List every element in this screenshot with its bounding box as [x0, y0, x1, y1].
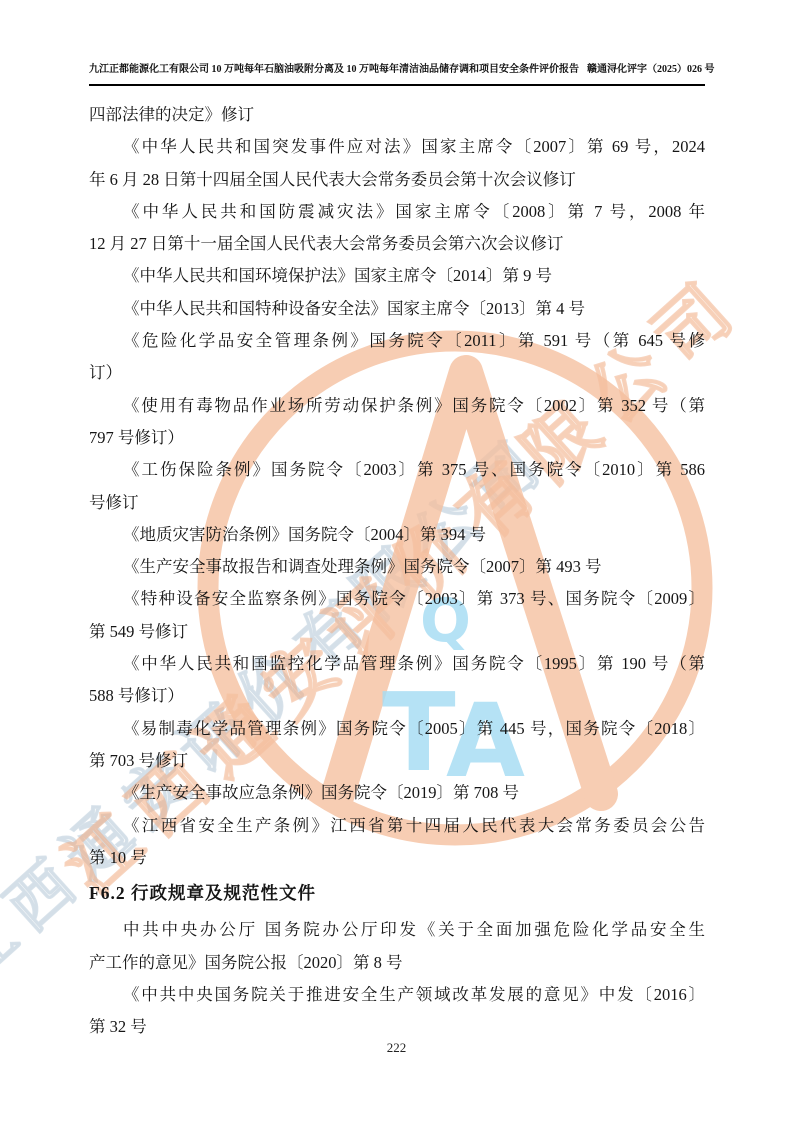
body-line: 《中共中央国务院关于推进安全生产领域改革发展的意见》中发〔2016〕	[89, 979, 705, 1011]
body-line: 797 号修订）	[89, 422, 705, 454]
header-divider	[89, 84, 705, 86]
body-line: 588 号修订）	[89, 680, 705, 712]
page-number: 222	[387, 1040, 407, 1055]
body-line: 产工作的意见》国务院公报〔2020〕第 8 号	[89, 947, 705, 979]
body-line: 《地质灾害防治条例》国务院令〔2004〕第 394 号	[89, 519, 705, 551]
body-line: 第 703 号修订	[89, 745, 705, 777]
body-line: 《特种设备安全监察条例》国务院令〔2003〕第 373 号、国务院令〔2009〕	[89, 583, 705, 615]
body-line: 《中华人民共和国环境保护法》国家主席令〔2014〕第 9 号	[89, 260, 705, 292]
body-line: 《易制毒化学品管理条例》国务院令〔2005〕第 445 号，国务院令〔2018〕	[89, 713, 705, 745]
body-line: 第 10 号	[89, 842, 705, 874]
body-line: 《使用有毒物品作业场所劳动保护条例》国务院令〔2002〕第 352 号（第	[89, 390, 705, 422]
body-line: 第 32 号	[89, 1011, 705, 1043]
body-line: 订）	[89, 357, 705, 389]
section-heading-f62: F6.2 行政规章及规范性文件	[89, 877, 705, 909]
body-line: 四部法律的决定》修订	[89, 99, 705, 131]
body-line: 《危险化学品安全管理条例》国务院令〔2011〕第 591 号（第 645 号修	[89, 325, 705, 357]
laws-list-section: 四部法律的决定》修订《中华人民共和国突发事件应对法》国家主席令〔2007〕第 6…	[89, 99, 705, 874]
body-line: 《中华人民共和国突发事件应对法》国家主席令〔2007〕第 69 号，2024	[89, 131, 705, 163]
body-line: 第 549 号修订	[89, 616, 705, 648]
header-doc-number: 赣通浔化评字（2025）026 号	[587, 60, 715, 75]
page-header: 九江正都能源化工有限公司 10 万吨每年石脑油吸附分离及 10 万吨每年清洁油品…	[89, 60, 705, 75]
body-line: 《中华人民共和国特种设备安全法》国家主席令〔2013〕第 4 号	[89, 293, 705, 325]
document-page: 江西通安评价有限公司 江西通安评价有限公司 Q T A 九江正都能源化工有限公司…	[0, 0, 793, 1122]
document-body: 四部法律的决定》修订《中华人民共和国突发事件应对法》国家主席令〔2007〕第 6…	[89, 99, 705, 1044]
body-line: 《生产安全事故应急条例》国务院令〔2019〕第 708 号	[89, 777, 705, 809]
body-line: 号修订	[89, 487, 705, 519]
body-line: 年 6 月 28 日第十四届全国人民代表大会常务委员会第十次会议修订	[89, 164, 705, 196]
page-footer: 222	[0, 1040, 793, 1056]
body-line: 12 月 27 日第十一届全国人民代表大会常务委员会第六次会议修订	[89, 228, 705, 260]
body-line: 《生产安全事故报告和调查处理条例》国务院令〔2007〕第 493 号	[89, 551, 705, 583]
body-line: 《江西省安全生产条例》江西省第十四届人民代表大会常务委员会公告	[89, 810, 705, 842]
header-report-title: 九江正都能源化工有限公司 10 万吨每年石脑油吸附分离及 10 万吨每年清洁油品…	[89, 60, 579, 75]
body-line: 中共中央办公厅 国务院办公厅印发《关于全面加强危险化学品安全生	[89, 914, 705, 946]
body-line: 《中华人民共和国防震减灾法》国家主席令〔2008〕第 7 号，2008 年	[89, 196, 705, 228]
administrative-rules-section: 中共中央办公厅 国务院办公厅印发《关于全面加强危险化学品安全生产工作的意见》国务…	[89, 914, 705, 1043]
body-line: 《中华人民共和国监控化学品管理条例》国务院令〔1995〕第 190 号（第	[89, 648, 705, 680]
body-line: 《工伤保险条例》国务院令〔2003〕第 375 号、国务院令〔2010〕第 58…	[89, 454, 705, 486]
